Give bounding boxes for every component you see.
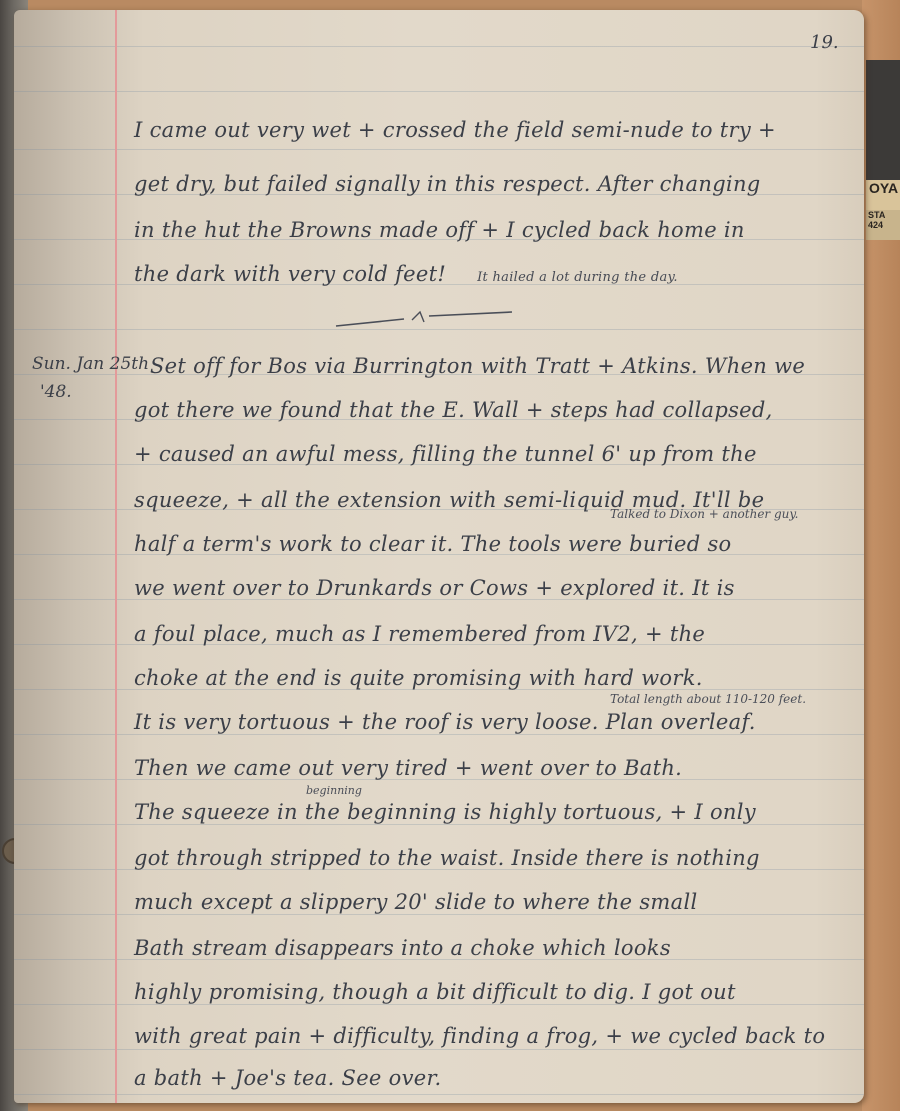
margin-line — [115, 10, 117, 1103]
entry-line: much except a slippery 20' slide to wher… — [134, 890, 697, 914]
entry-line: got through stripped to the waist. Insid… — [134, 846, 760, 870]
entry-line: with great pain + difficulty, finding a … — [134, 1024, 825, 1048]
margin-annotation: Talked to Dixon + another guy. — [610, 507, 798, 521]
entry-line: Set off for Bos via Burrington with Trat… — [150, 354, 805, 378]
inline-note: It hailed a lot during the day. — [477, 270, 678, 285]
entry-line: I came out very wet + crossed the field … — [134, 118, 776, 142]
background-label-text-3: 424 — [868, 220, 900, 230]
entry-year: '48. — [40, 382, 72, 402]
entry-line: Bath stream disappears into a choke whic… — [134, 936, 671, 960]
entry-line: Then we came out very tired + went over … — [134, 756, 682, 780]
entry-line: half a term's work to clear it. The tool… — [134, 532, 731, 556]
page-number: 19. — [810, 32, 839, 53]
background-label-text-2: STA — [868, 210, 900, 220]
entry-line: got there we found that the E. Wall + st… — [134, 398, 773, 422]
entry-line: It is very tortuous + the roof is very l… — [134, 710, 756, 734]
entry-line: a foul place, much as I remembered from … — [134, 622, 705, 646]
entry-line: + caused an awful mess, filling the tunn… — [134, 442, 757, 466]
entry-date: Sun. Jan 25th — [32, 354, 149, 374]
notebook-page: 19. I came out very wet + crossed the fi… — [14, 10, 864, 1103]
entry-line: highly promising, though a bit difficult… — [134, 980, 736, 1004]
entry-line: get dry, but failed signally in this res… — [134, 172, 761, 196]
margin-annotation: beginning — [306, 784, 362, 797]
background-label-small: STA 424 — [866, 210, 900, 240]
entry-line: a bath + Joe's tea. See over. — [134, 1066, 441, 1090]
entry-line: we went over to Drunkards or Cows + expl… — [134, 576, 735, 600]
entry-line: in the hut the Browns made off + I cycle… — [134, 218, 745, 242]
background-label: OYA — [866, 180, 900, 210]
entry-line: The squeeze in the beginning is highly t… — [134, 800, 756, 824]
background-label-text: OYA — [866, 180, 900, 196]
background-label-dark — [866, 60, 900, 180]
divider-squiggle-icon — [334, 310, 514, 330]
margin-annotation: Total length about 110-120 feet. — [610, 692, 806, 706]
entry-line-with-note: the dark with very cold feet! It hailed … — [134, 262, 678, 286]
entry-line-text: the dark with very cold feet! — [134, 262, 446, 286]
entry-line: choke at the end is quite promising with… — [134, 666, 703, 690]
